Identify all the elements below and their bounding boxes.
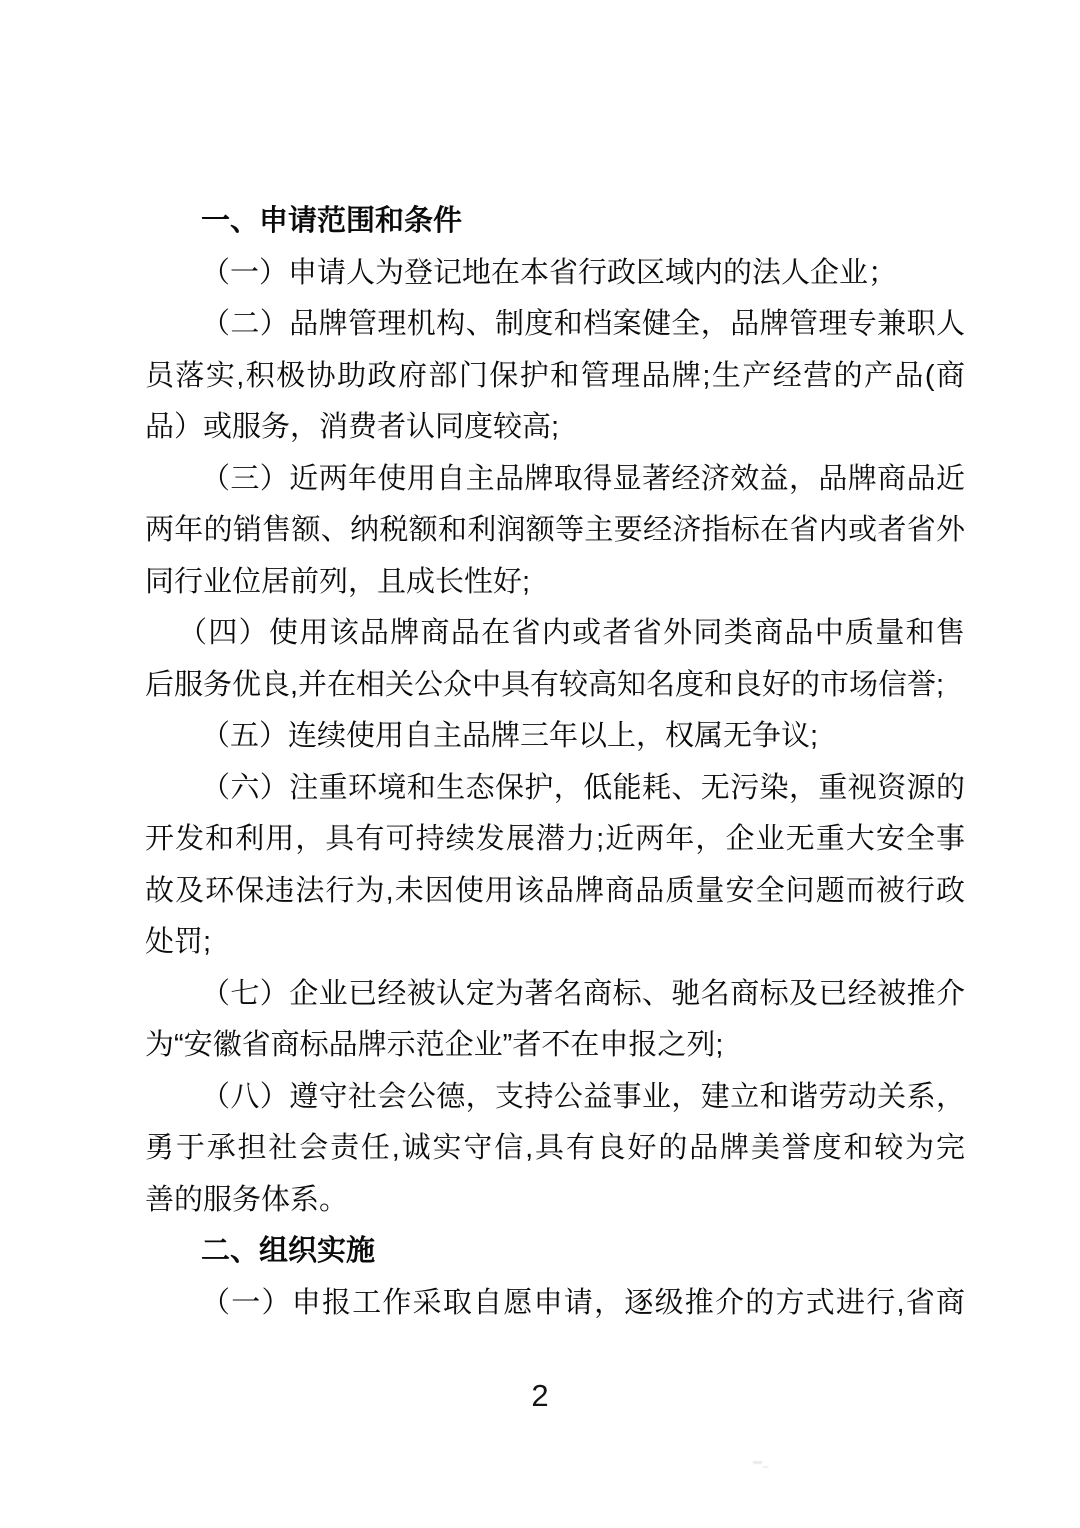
text-line: 员落实,积极协助政府部门保护和管理品牌;生产经营的产品(商 (145, 351, 965, 403)
text-line: 同行业位居前列，且成长性好; (145, 557, 965, 609)
text-line: 处罚; (145, 917, 965, 969)
document-body: 一、申请范围和条件（一）申请人为登记地在本省行政区域内的法人企业；（二）品牌管理… (145, 196, 965, 1329)
text-line: 故及环保违法行为,未因使用该品牌商品质量安全问题而被行政 (145, 866, 965, 918)
text-line: （八）遵守社会公德，支持公益事业，建立和谐劳动关系， (145, 1072, 965, 1124)
text-line: 开发和利用，具有可持续发展潜力;近两年，企业无重大安全事 (145, 814, 965, 866)
text-line: 勇于承担社会责任,诚实守信,具有良好的品牌美誉度和较为完 (145, 1123, 965, 1175)
page-number: 2 (531, 1378, 548, 1413)
text-line: （三）近两年使用自主品牌取得显著经济效益，品牌商品近 (145, 454, 965, 506)
text-line: （二）品牌管理机构、制度和档案健全，品牌管理专兼职人 (145, 299, 965, 351)
paragraph: （八）遵守社会公德，支持公益事业，建立和谐劳动关系，勇于承担社会责任,诚实守信,… (145, 1072, 965, 1227)
text-line: 两年的销售额、纳税额和利润额等主要经济指标在省内或者省外 (145, 505, 965, 557)
page-footer: 2 (0, 1376, 1080, 1416)
text-line: 一、申请范围和条件 (145, 196, 965, 248)
paragraph: （二）品牌管理机构、制度和档案健全，品牌管理专兼职人员落实,积极协助政府部门保护… (145, 299, 965, 454)
paragraph: （三）近两年使用自主品牌取得显著经济效益，品牌商品近两年的销售额、纳税额和利润额… (145, 454, 965, 609)
paragraph: （七）企业已经被认定为著名商标、驰名商标及已经被推介为“安徽省商标品牌示范企业”… (145, 969, 965, 1072)
paragraph: （六）注重环境和生态保护，低能耗、无污染，重视资源的开发和利用，具有可持续发展潜… (145, 763, 965, 969)
text-line: （六）注重环境和生态保护，低能耗、无污染，重视资源的 (145, 763, 965, 815)
paragraph: （四）使用该品牌商品在省内或者省外同类商品中质量和售后服务优良,并在相关公众中具… (145, 608, 965, 711)
text-line: 二、组织实施 (145, 1226, 965, 1278)
paragraph: （五）连续使用自主品牌三年以上，权属无争议; (145, 711, 965, 763)
document-page: 一、申请范围和条件（一）申请人为登记地在本省行政区域内的法人企业；（二）品牌管理… (0, 0, 1080, 1528)
paragraph: （一）申报工作采取自愿申请，逐级推介的方式进行,省商 (145, 1278, 965, 1330)
text-line: 为“安徽省商标品牌示范企业”者不在申报之列; (145, 1020, 965, 1072)
text-line: （五）连续使用自主品牌三年以上，权属无争议; (145, 711, 965, 763)
text-line: （一）申报工作采取自愿申请，逐级推介的方式进行,省商 (145, 1278, 965, 1330)
section-heading: 一、申请范围和条件 (145, 196, 965, 248)
stain-artifact (753, 1459, 781, 1470)
text-line: 品）或服务，消费者认同度较高; (145, 402, 965, 454)
text-line: （四）使用该品牌商品在省内或者省外同类商品中质量和售 (145, 608, 965, 660)
text-line: （一）申请人为登记地在本省行政区域内的法人企业； (145, 248, 965, 300)
section-heading: 二、组织实施 (145, 1226, 965, 1278)
text-line: 后服务优良,并在相关公众中具有较高知名度和良好的市场信誉; (145, 660, 965, 712)
text-line: （七）企业已经被认定为著名商标、驰名商标及已经被推介 (145, 969, 965, 1021)
paragraph: （一）申请人为登记地在本省行政区域内的法人企业； (145, 248, 965, 300)
text-line: 善的服务体系。 (145, 1175, 965, 1227)
